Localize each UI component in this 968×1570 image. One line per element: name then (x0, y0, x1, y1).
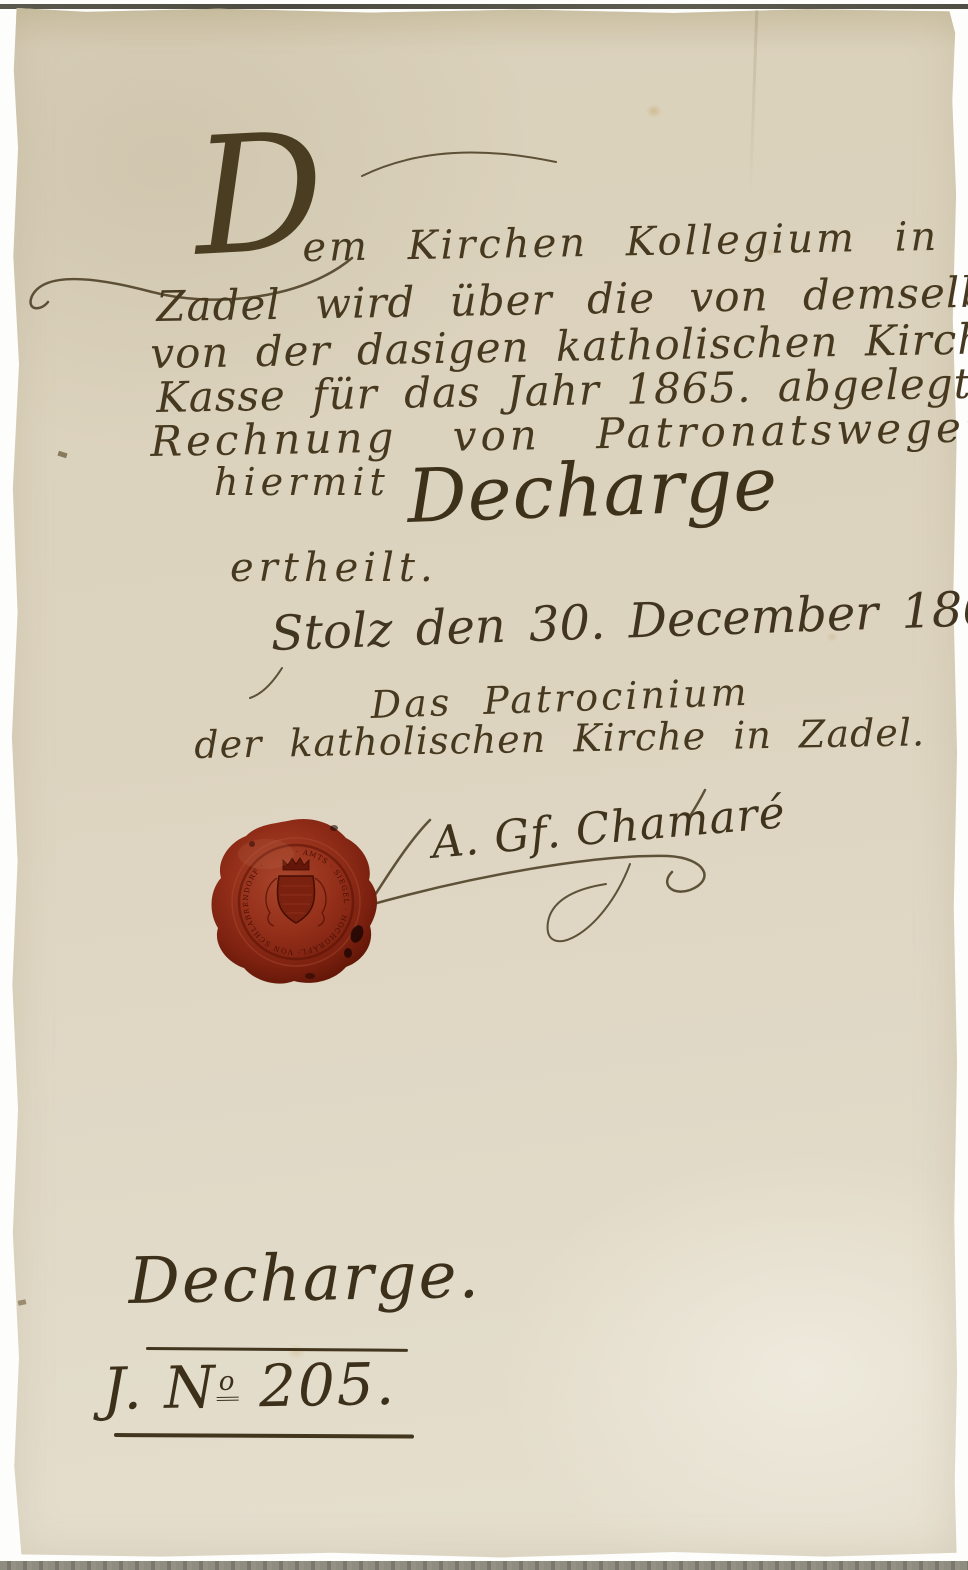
docket-number: J. No 205. (102, 1355, 397, 1418)
docket-number-prefix: J. N (102, 1353, 218, 1423)
scan-bottom-edge (0, 1561, 968, 1570)
docket-title: Decharge. (128, 1244, 481, 1314)
foxing-stain (646, 104, 662, 118)
body-line-6: hiermit (214, 463, 390, 501)
docket-number-ordinal: o (217, 1367, 239, 1401)
body-line-1: em Kirchen Kollegium in (302, 217, 940, 268)
decharge-heading: Decharge (406, 447, 779, 534)
scan-top-edge (0, 4, 968, 9)
scanned-document: D em Kirchen Kollegium in Zadel wird übe… (0, 0, 968, 1570)
body-line-7: ertheilt. (230, 548, 438, 588)
docket-number-rest: 205. (238, 1350, 397, 1421)
